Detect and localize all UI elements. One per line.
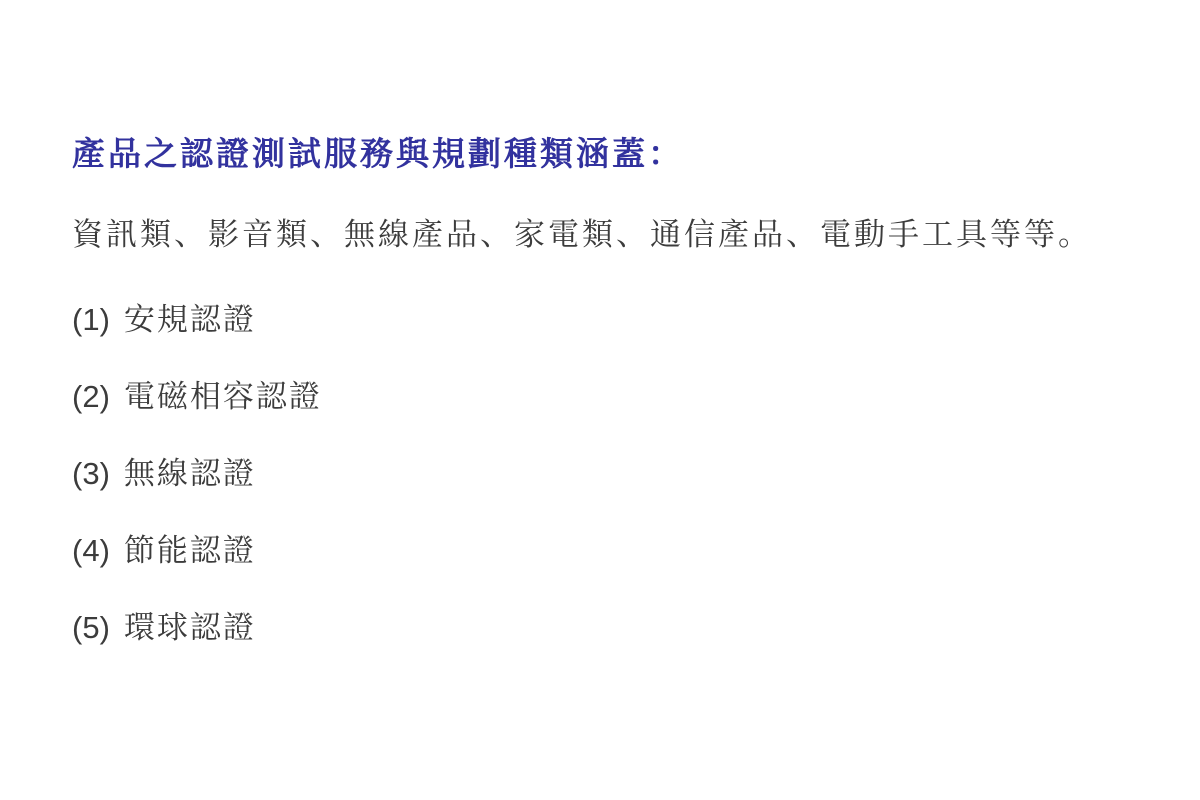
item-label: 節能認證 — [124, 533, 256, 568]
list-item: (2)電磁相容認證 — [72, 380, 1160, 414]
item-marker: (4) — [72, 533, 110, 568]
page-title: 產品之認證測試服務與規劃種類涵蓋： — [72, 137, 1160, 171]
document-page: 產品之認證測試服務與規劃種類涵蓋： 資訊類、影音類、無線產品、家電類、通信產品、… — [0, 0, 1200, 800]
item-label: 環球認證 — [124, 610, 256, 645]
list-item: (1)安規認證 — [72, 303, 1160, 337]
certification-list: (1)安規認證 (2)電磁相容認證 (3)無線認證 (4)節能認證 (5)環球認… — [72, 303, 1160, 645]
list-item: (5)環球認證 — [72, 611, 1160, 645]
item-marker: (1) — [72, 302, 110, 337]
item-label: 安規認證 — [124, 302, 256, 337]
intro-text: 資訊類、影音類、無線產品、家電類、通信產品、電動手工具等等。 — [72, 218, 1160, 252]
item-marker: (2) — [72, 379, 110, 414]
item-marker: (5) — [72, 610, 110, 645]
item-marker: (3) — [72, 456, 110, 491]
list-item: (3)無線認證 — [72, 457, 1160, 491]
item-label: 無線認證 — [124, 456, 256, 491]
list-item: (4)節能認證 — [72, 534, 1160, 568]
item-label: 電磁相容認證 — [124, 379, 322, 414]
